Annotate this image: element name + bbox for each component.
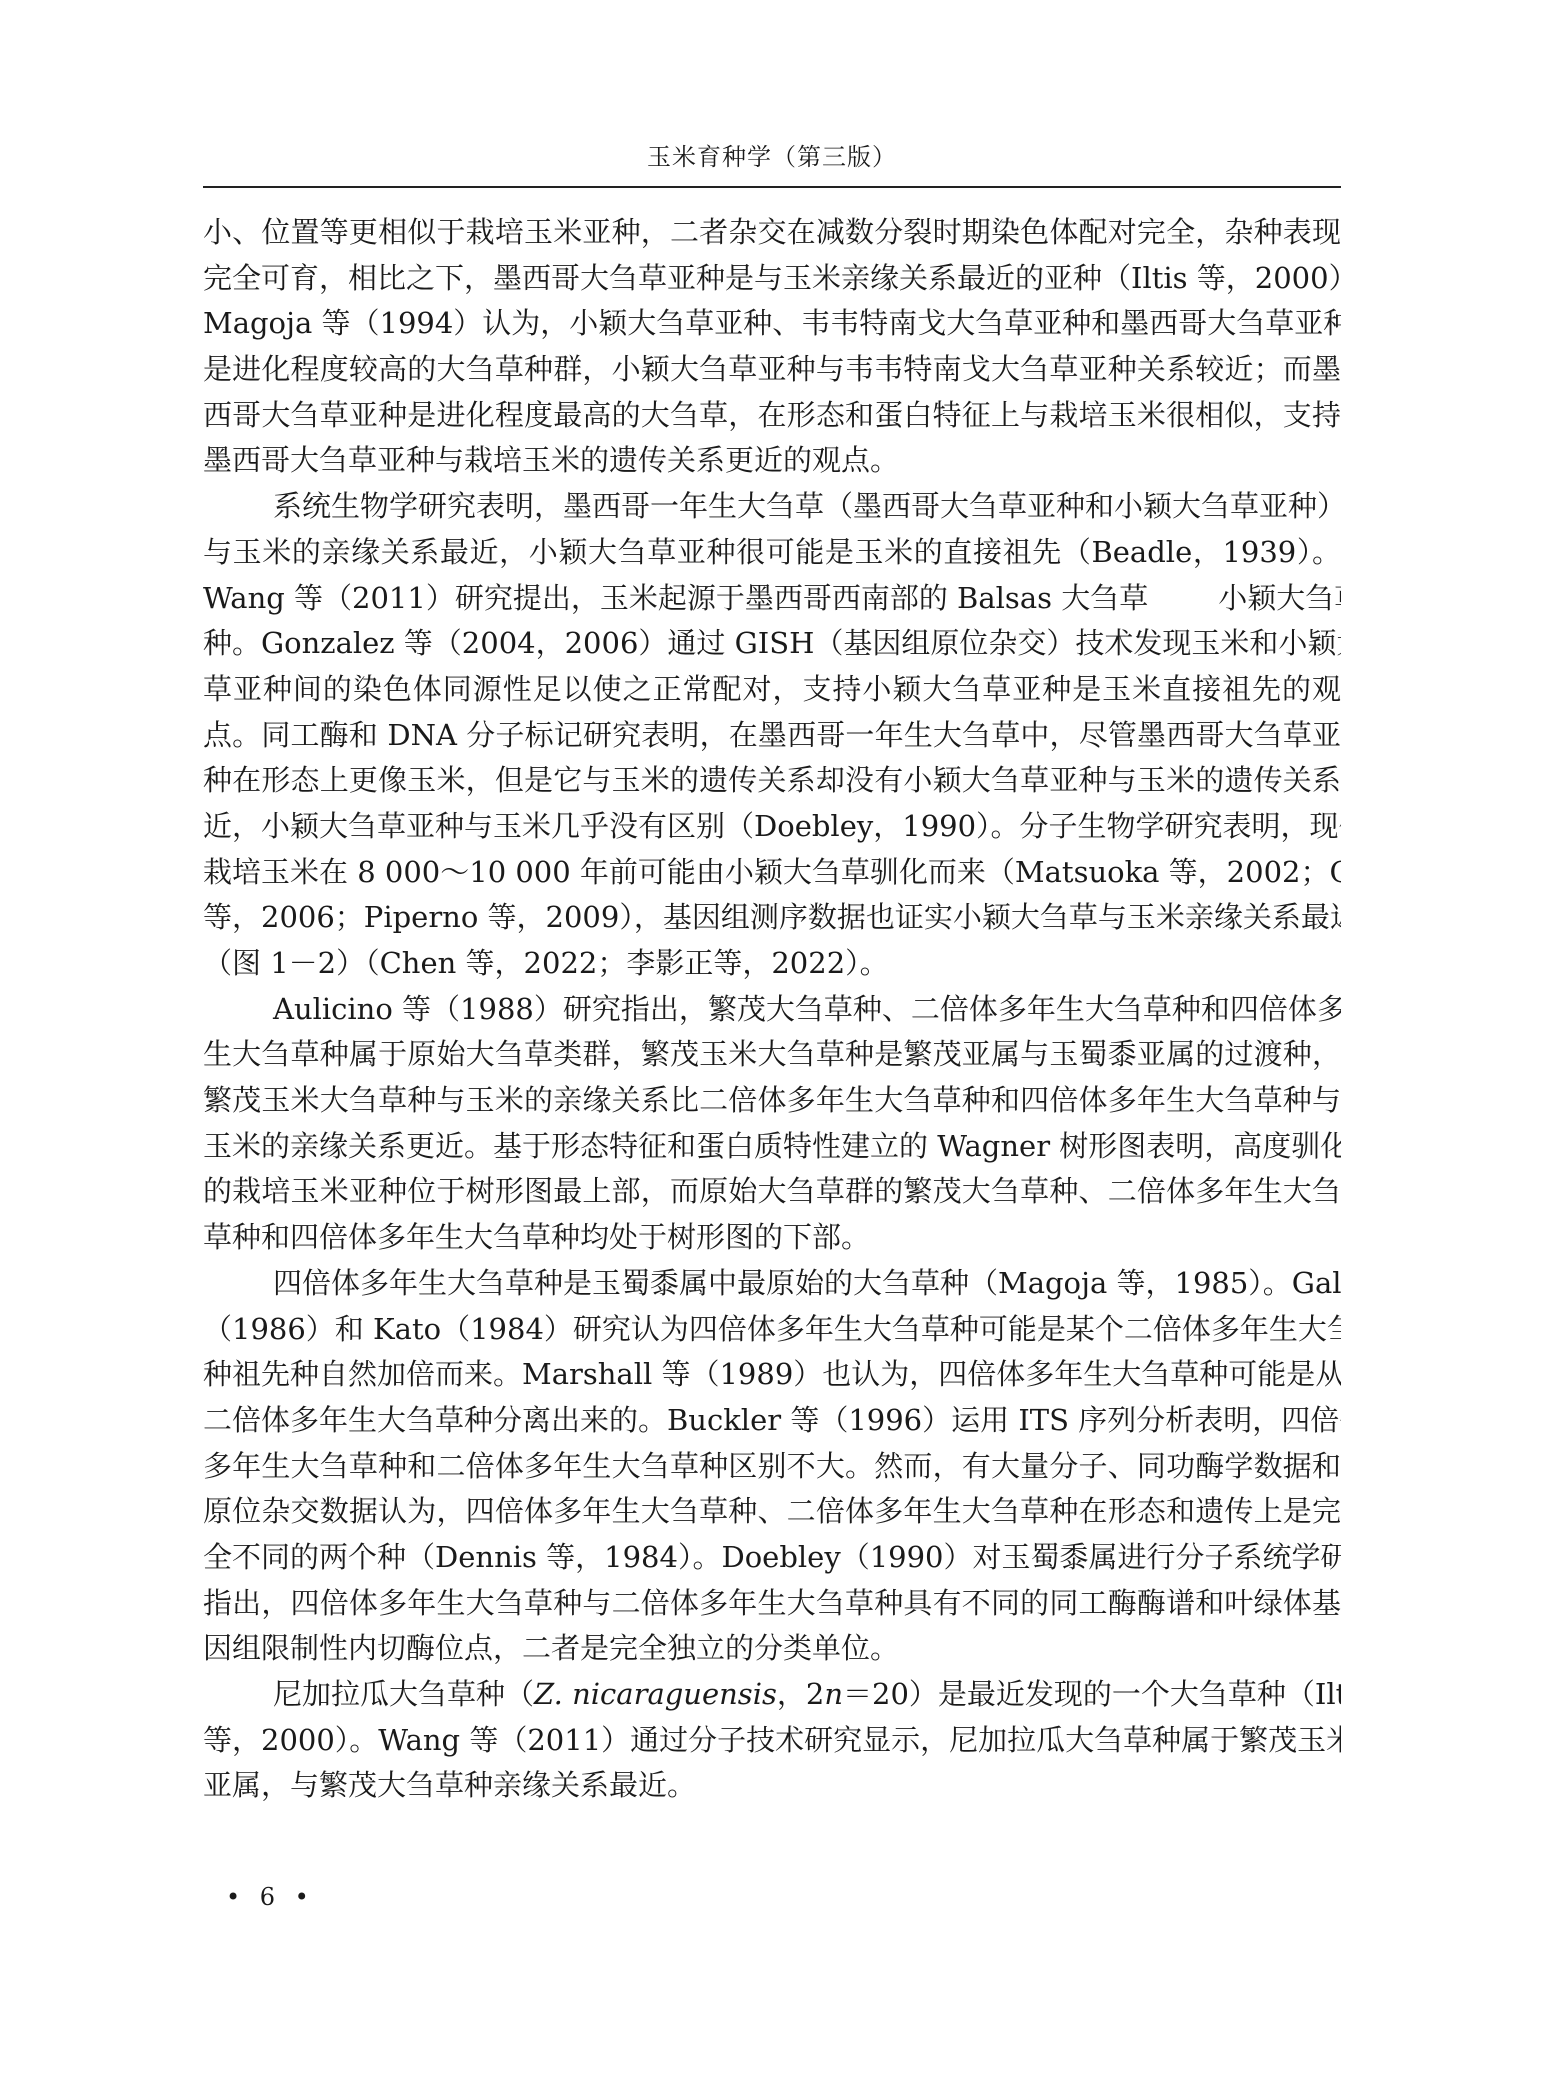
running-header-title: 玉米育种学（第三版） <box>203 140 1341 174</box>
text-line: 因组限制性内切酶位点，二者是完全独立的分类单位。 <box>203 1626 1341 1672</box>
text-segment: 尼加拉瓜大刍草种（ <box>273 1677 534 1711</box>
paragraph-5: 尼加拉瓜大刍草种（Z. nicaraguensis，2n＝20）是最近发现的一个… <box>203 1672 1341 1809</box>
text-line-with-species-name: 尼加拉瓜大刍草种（Z. nicaraguensis，2n＝20）是最近发现的一个… <box>203 1672 1341 1718</box>
text-line: 完全可育，相比之下，墨西哥大刍草亚种是与玉米亲缘关系最近的亚种（Iltis 等，… <box>203 256 1341 302</box>
paragraph-3: Aulicino 等（1988）研究指出，繁茂大刍草种、二倍体多年生大刍草种和四… <box>203 987 1341 1261</box>
text-line: 栽培玉米在 8 000～10 000 年前可能由小颖大刍草驯化而来（Matsuo… <box>203 850 1341 896</box>
chromosome-n-italic: n <box>824 1677 843 1711</box>
text-line: 与玉米的亲缘关系最近，小颖大刍草亚种很可能是玉米的直接祖先（Beadle，193… <box>203 530 1341 576</box>
text-line: 是进化程度较高的大刍草种群，小颖大刍草亚种与韦韦特南戈大刍草亚种关系较近；而墨 <box>203 347 1341 393</box>
text-line: （1986）和 Kato（1984）研究认为四倍体多年生大刍草种可能是某个二倍体… <box>203 1307 1341 1353</box>
text-line: 原位杂交数据认为，四倍体多年生大刍草种、二倍体多年生大刍草种在形态和遗传上是完 <box>203 1489 1341 1535</box>
text-segment: ，2 <box>777 1677 824 1711</box>
page-number: • 6 • <box>226 1881 315 1913</box>
text-line: 指出，四倍体多年生大刍草种与二倍体多年生大刍草种具有不同的同工酶酶谱和叶绿体基 <box>203 1581 1341 1627</box>
text-line: 种。Gonzalez 等（2004，2006）通过 GISH（基因组原位杂交）技… <box>203 621 1341 667</box>
body-text: 小、位置等更相似于栽培玉米亚种，二者杂交在减数分裂时期染色体配对完全，杂种表现 … <box>203 210 1341 1809</box>
text-line: 西哥大刍草亚种是进化程度最高的大刍草，在形态和蛋白特征上与栽培玉米很相似，支持 <box>203 393 1341 439</box>
species-name-italic: Z. nicaraguensis <box>534 1677 777 1711</box>
text-line: 小、位置等更相似于栽培玉米亚种，二者杂交在减数分裂时期染色体配对完全，杂种表现 <box>203 210 1341 256</box>
text-line: 种在形态上更像玉米，但是它与玉米的遗传关系却没有小颖大刍草亚种与玉米的遗传关系 <box>203 758 1341 804</box>
text-line: 亚属，与繁茂大刍草种亲缘关系最近。 <box>203 1763 1341 1809</box>
text-line: 玉米的亲缘关系更近。基于形态特征和蛋白质特性建立的 Wagner 树形图表明，高… <box>203 1124 1341 1170</box>
text-line: 草亚种间的染色体同源性足以使之正常配对，支持小颖大刍草亚种是玉米直接祖先的观 <box>203 667 1341 713</box>
text-line: 繁茂玉米大刍草种与玉米的亲缘关系比二倍体多年生大刍草种和四倍体多年生大刍草种与 <box>203 1078 1341 1124</box>
text-line: 的栽培玉米亚种位于树形图最上部，而原始大刍草群的繁茂大刍草种、二倍体多年生大刍 <box>203 1169 1341 1215</box>
paragraph-1: 小、位置等更相似于栽培玉米亚种，二者杂交在减数分裂时期染色体配对完全，杂种表现 … <box>203 210 1341 484</box>
text-line: Aulicino 等（1988）研究指出，繁茂大刍草种、二倍体多年生大刍草种和四… <box>203 987 1341 1033</box>
text-segment: ＝20）是最近发现的一个大刍草种（Iltis <box>843 1677 1341 1711</box>
text-line: 墨西哥大刍草亚种与栽培玉米的遗传关系更近的观点。 <box>203 438 1341 484</box>
text-line: 种祖先种自然加倍而来。Marshall 等（1989）也认为，四倍体多年生大刍草… <box>203 1352 1341 1398</box>
paragraph-2: 系统生物学研究表明，墨西哥一年生大刍草（墨西哥大刍草亚种和小颖大刍草亚种） 与玉… <box>203 484 1341 987</box>
text-line: 近，小颖大刍草亚种与玉米几乎没有区别（Doebley，1990）。分子生物学研究… <box>203 804 1341 850</box>
text-line: 等，2000）。Wang 等（2011）通过分子技术研究显示，尼加拉瓜大刍草种属… <box>203 1718 1341 1764</box>
text-segment: Wang 等（2011）研究提出，玉米起源于墨西哥西南部的 Balsas 大刍草 <box>203 581 1148 615</box>
text-line: 二倍体多年生大刍草种分离出来的。Buckler 等（1996）运用 ITS 序列… <box>203 1398 1341 1444</box>
paragraph-4: 四倍体多年生大刍草种是玉蜀黍属中最原始的大刍草种（Magoja 等，1985）。… <box>203 1261 1341 1672</box>
text-line: 全不同的两个种（Dennis 等，1984）。Doebley（1990）对玉蜀黍… <box>203 1535 1341 1581</box>
header-rule-divider <box>203 186 1341 188</box>
text-line: 点。同工酶和 DNA 分子标记研究表明，在墨西哥一年生大刍草中，尽管墨西哥大刍草… <box>203 713 1341 759</box>
text-line: 生大刍草种属于原始大刍草类群，繁茂玉米大刍草种是繁茂亚属与玉蜀黍亚属的过渡种， <box>203 1032 1341 1078</box>
text-line: 系统生物学研究表明，墨西哥一年生大刍草（墨西哥大刍草亚种和小颖大刍草亚种） <box>203 484 1341 530</box>
text-line: 草种和四倍体多年生大刍草种均处于树形图的下部。 <box>203 1215 1341 1261</box>
text-line: 多年生大刍草种和二倍体多年生大刍草种区别不大。然而，有大量分子、同功酶学数据和 <box>203 1444 1341 1490</box>
text-line-with-gap: Wang 等（2011）研究提出，玉米起源于墨西哥西南部的 Balsas 大刍草… <box>203 576 1341 622</box>
text-line: 四倍体多年生大刍草种是玉蜀黍属中最原始的大刍草种（Magoja 等，1985）。… <box>203 1261 1341 1307</box>
text-line: Magoja 等（1994）认为，小颖大刍草亚种、韦韦特南戈大刍草亚种和墨西哥大… <box>203 301 1341 347</box>
text-line: 等，2006；Piperno 等，2009），基因组测序数据也证实小颖大刍草与玉… <box>203 895 1341 941</box>
text-segment: 小颖大刍草亚 <box>1218 581 1341 615</box>
text-line: （图 1－2）（Chen 等，2022；李影正等，2022）。 <box>203 941 1341 987</box>
